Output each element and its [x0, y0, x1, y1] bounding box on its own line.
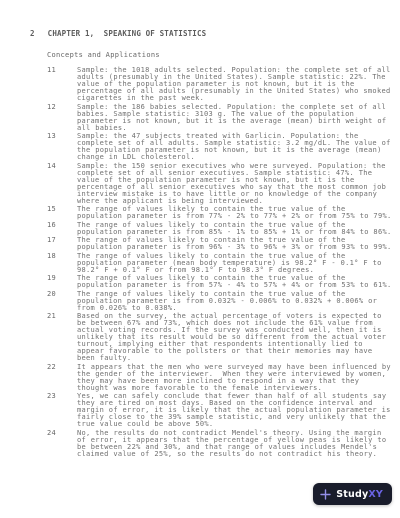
answer-text: The range of values likely to contain th… — [77, 222, 393, 236]
answer-row: 22 It appears that the men who were surv… — [47, 364, 393, 392]
answer-number: 21 — [47, 313, 77, 362]
plus-icon — [320, 489, 331, 500]
answer-row: 13 Sample: the 47 subjects treated with … — [47, 133, 393, 161]
answer-number: 19 — [47, 275, 77, 289]
answer-row: 12 Sample: the 186 babies selected. Popu… — [47, 104, 393, 132]
answer-row: 18 The range of values likely to contain… — [47, 253, 393, 274]
answer-number: 15 — [47, 206, 77, 220]
page-number: 2 — [30, 29, 35, 38]
answers-list: 11 Sample: the 1018 adults selected. Pop… — [47, 67, 393, 459]
answer-number: 14 — [47, 163, 77, 205]
answer-text: Sample: the 150 senior executives who we… — [77, 163, 393, 205]
answer-number: 23 — [47, 393, 77, 428]
answer-text: No, the results do not contradict Mendel… — [77, 430, 393, 458]
answer-text: The range of values likely to contain th… — [77, 206, 393, 220]
answer-row: 19 The range of values likely to contain… — [47, 275, 393, 289]
answer-text: Sample: the 186 babies selected. Populat… — [77, 104, 393, 132]
answer-number: 24 — [47, 430, 77, 458]
brand-name-accent: XY — [368, 489, 383, 500]
answer-number: 18 — [47, 253, 77, 274]
answer-number: 13 — [47, 133, 77, 161]
answer-row: 23 Yes, we can safely conclude that fewe… — [47, 393, 393, 428]
document-page: 2 CHAPTER 1, SPEAKING OF STATISTICS Conc… — [0, 0, 400, 518]
answer-number: 17 — [47, 237, 77, 251]
answer-row: 16 The range of values likely to contain… — [47, 222, 393, 236]
brand-name: StudyXY — [336, 489, 383, 500]
answer-number: 11 — [47, 67, 77, 102]
answer-text: The range of values likely to contain th… — [77, 275, 393, 289]
studyxy-badge[interactable]: StudyXY — [313, 483, 392, 505]
answer-text: Sample: the 1018 adults selected. Popula… — [77, 67, 393, 102]
answer-number: 22 — [47, 364, 77, 392]
answer-text: Sample: the 47 subjects treated with Gar… — [77, 133, 393, 161]
answer-text: The range of values likely to contain th… — [77, 237, 393, 251]
answer-text: The range of values likely to contain th… — [77, 253, 393, 274]
chapter-title: CHAPTER 1, SPEAKING OF STATISTICS — [48, 29, 207, 38]
answer-row: 21 Based on the survey, the actual perce… — [47, 313, 393, 362]
section-heading: Concepts and Applications — [47, 51, 160, 59]
answer-text: It appears that the men who were surveye… — [77, 364, 393, 392]
answer-row: 20 The range of values likely to contain… — [47, 291, 393, 312]
answer-number: 20 — [47, 291, 77, 312]
answer-row: 11 Sample: the 1018 adults selected. Pop… — [47, 67, 393, 102]
answer-row: 14 Sample: the 150 senior executives who… — [47, 163, 393, 205]
answer-text: Based on the survey, the actual percenta… — [77, 313, 393, 362]
answer-number: 12 — [47, 104, 77, 132]
answer-text: Yes, we can safely conclude that fewer t… — [77, 393, 393, 428]
answer-row: 17 The range of values likely to contain… — [47, 237, 393, 251]
page-header: 2 CHAPTER 1, SPEAKING OF STATISTICS — [30, 29, 206, 38]
answer-number: 16 — [47, 222, 77, 236]
answer-row: 15 The range of values likely to contain… — [47, 206, 393, 220]
answer-text: The range of values likely to contain th… — [77, 291, 393, 312]
answer-row: 24 No, the results do not contradict Men… — [47, 430, 393, 458]
brand-name-primary: Study — [336, 489, 368, 500]
